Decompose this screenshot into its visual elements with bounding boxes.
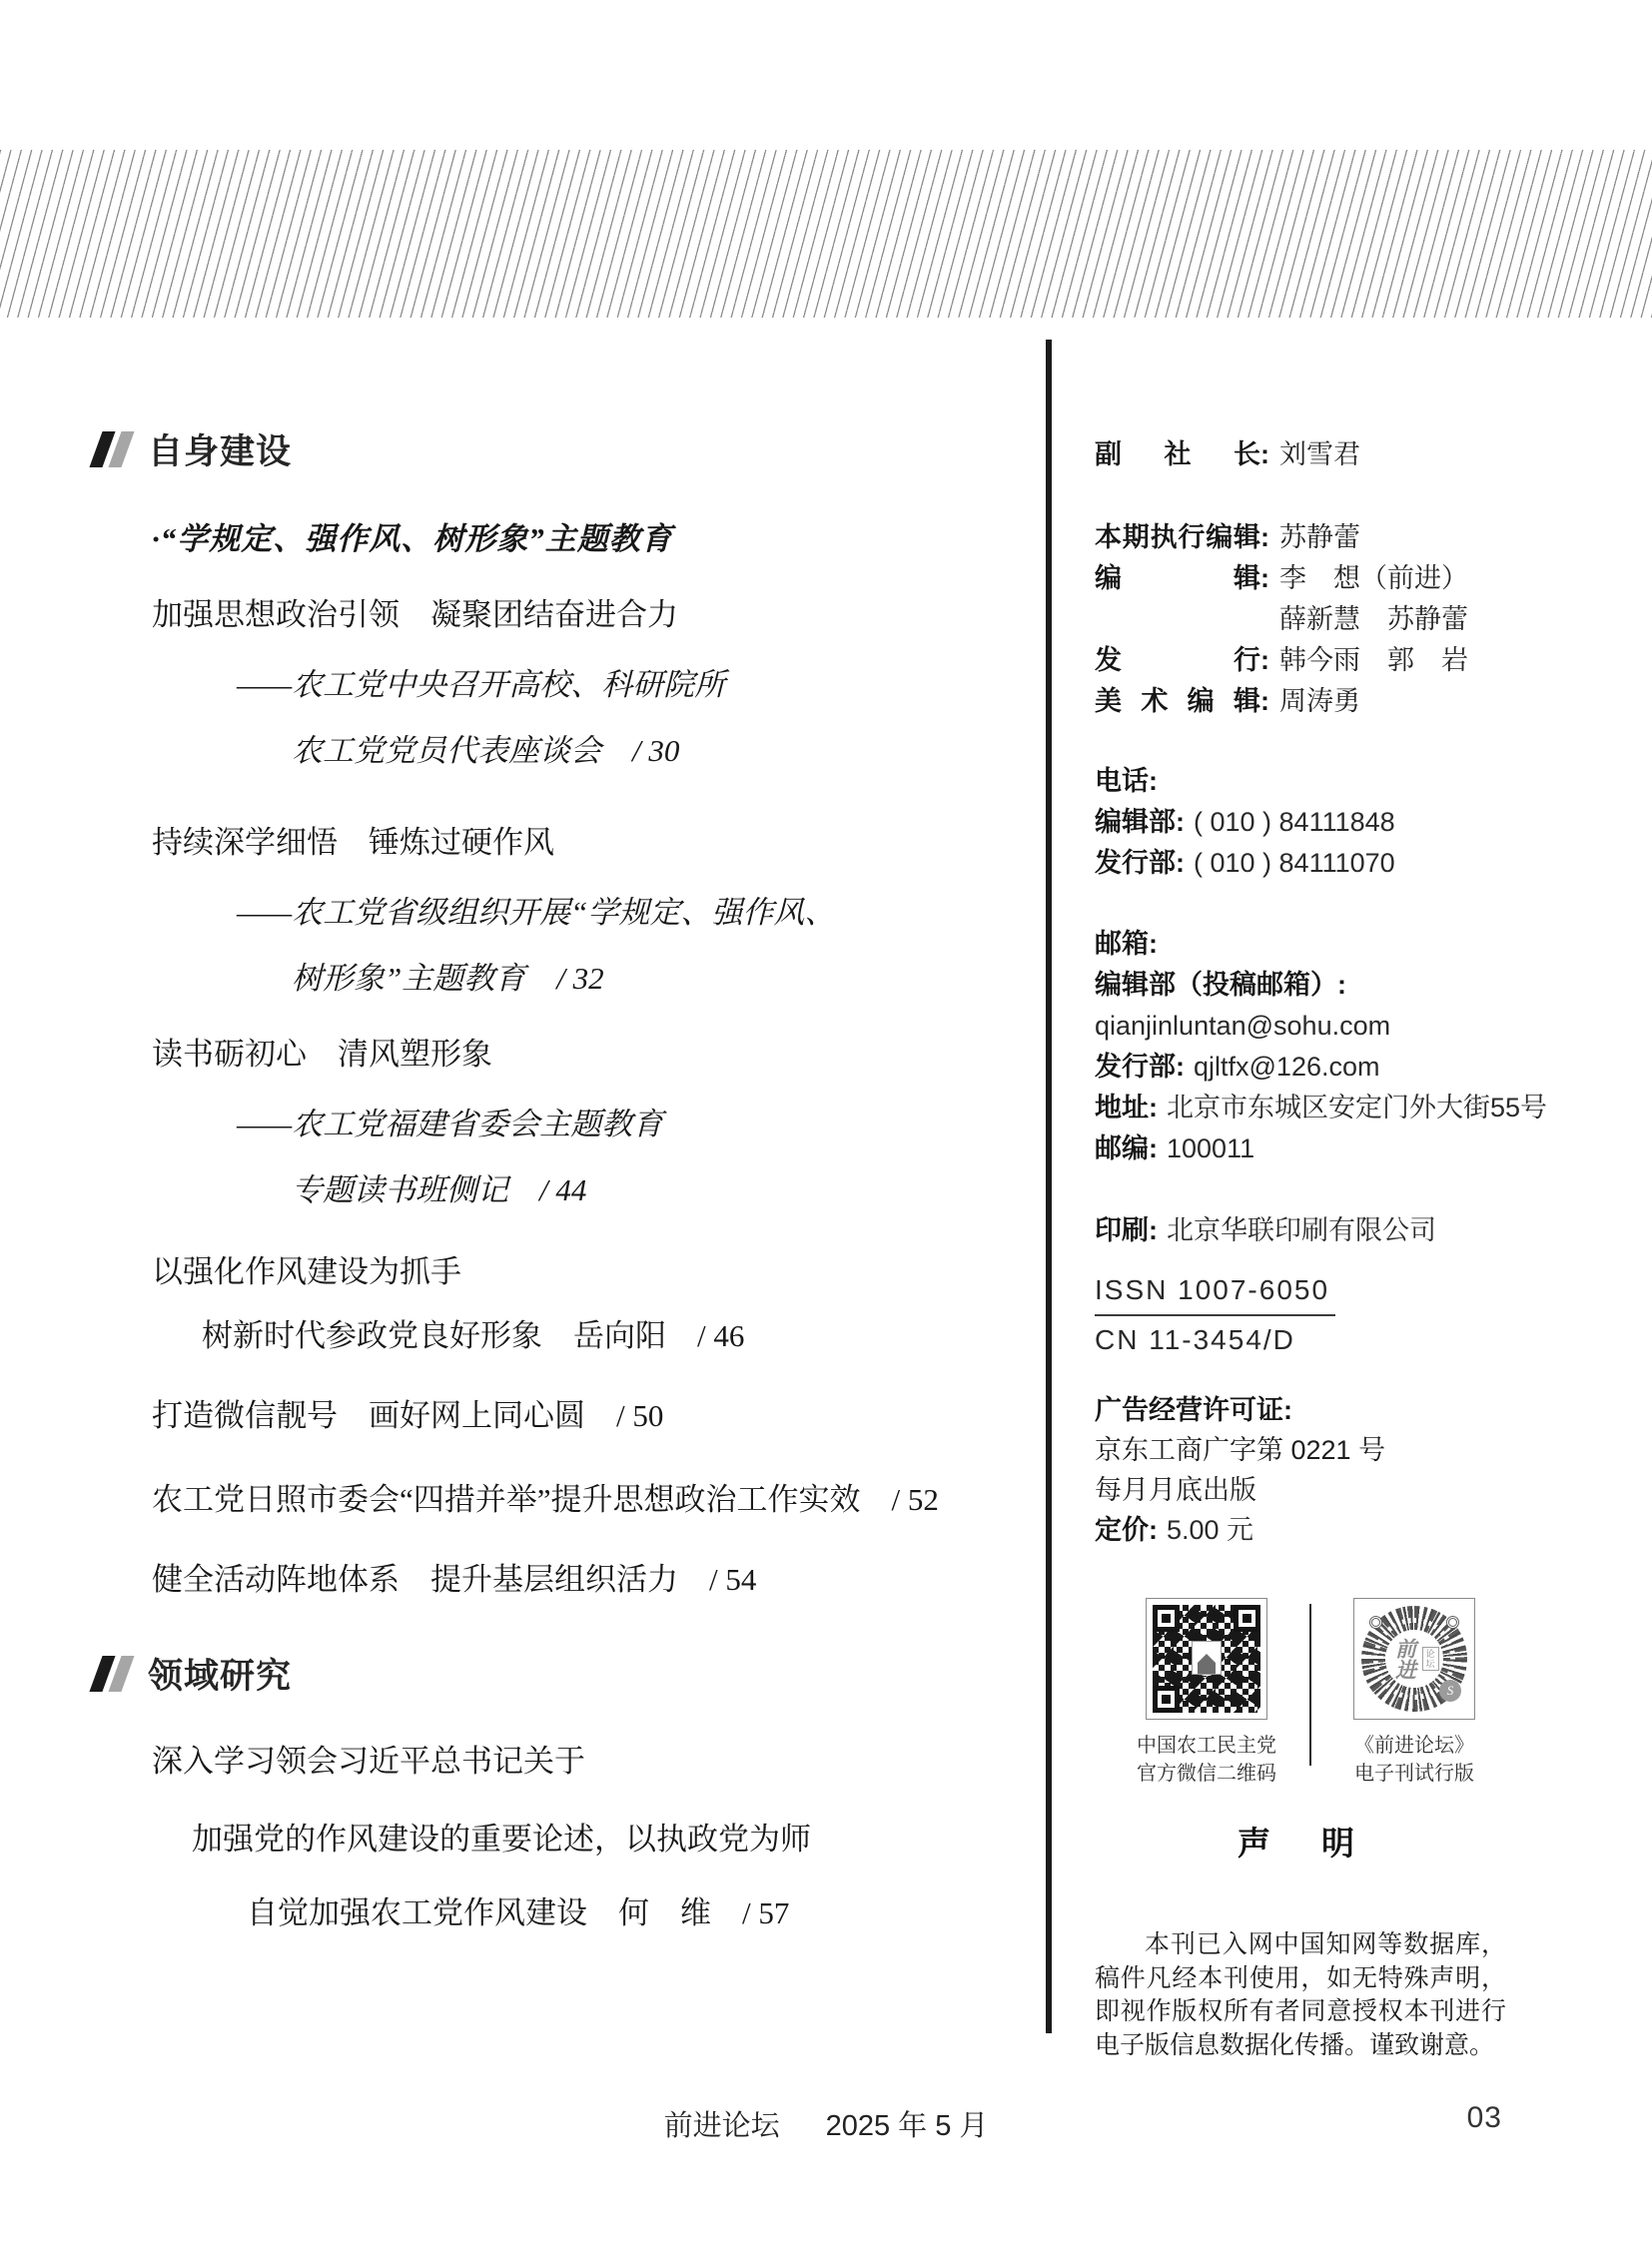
toc-article-subtitle: 树形象”主题教育 / 32 [292, 959, 995, 999]
logo-seal-text: 论坛 [1422, 1647, 1439, 1671]
phone-block: 电话: 编辑部:( 010 ) 84111848 发行部:( 010 ) 841… [1095, 761, 1514, 884]
masthead-colon: : [1260, 645, 1269, 675]
mail-editorial-label: 编辑部（投稿邮箱）: [1095, 965, 1514, 1006]
qr-finder-icon [1234, 1605, 1260, 1632]
copyright-statement: 声 明 本刊已入网中国知网等数据库，稿件凡经本刊使用，如无特殊声明，即视作版权所… [1095, 1818, 1506, 2062]
section-marker-icon [96, 431, 132, 467]
section-header-field-research: 领域研究 [96, 1652, 995, 1696]
radial-code-icon: 前进 论坛 S [1361, 1606, 1467, 1712]
masthead-row: 本期执行编辑:苏静蕾 [1095, 517, 1514, 558]
ad-license-title: 广告经营许可证: [1095, 1390, 1514, 1430]
diagonal-hatch-band [0, 150, 1652, 318]
publication-schedule: 每月月底出版 [1095, 1470, 1514, 1510]
statement-body: 本刊已入网中国知网等数据库，稿件凡经本刊使用，如无特殊声明，即视作版权所有者同意… [1095, 1928, 1506, 2062]
cn-number: CN 11-3454/D [1095, 1320, 1514, 1360]
phone-distribution: 发行部:( 010 ) 84111070 [1095, 843, 1514, 884]
toc-article-title: 自觉加强农工党作风建设 何 维 / 57 [247, 1893, 995, 1933]
toc-article-title: 持续深学细悟 锤炼过硬作风 [152, 823, 995, 863]
toc-topic-line: ·“学规定、强作风、树形象”主题教育 [152, 519, 995, 559]
masthead-colon: : [1260, 563, 1269, 593]
toc-article-subtitle: ——农工党中央召开高校、科研院所 [237, 665, 995, 705]
page-number: 03 [1467, 2101, 1502, 2135]
toc-article-title: 读书砺初心 清风塑形象 [152, 1035, 995, 1075]
qr-divider-rule [1309, 1604, 1311, 1766]
qr-finder-icon [1153, 1686, 1180, 1713]
masthead-label: 美术编辑 [1095, 681, 1260, 722]
toc-article-subtitle: 专题读书班侧记 / 44 [292, 1170, 995, 1210]
masthead-colon: : [1260, 439, 1269, 469]
masthead-value: 周涛勇 [1279, 686, 1360, 716]
section-header-self-building: 自身建设 [96, 427, 995, 471]
toc-article-title: 以强化作风建设为抓手 [152, 1252, 995, 1292]
masthead-label: 编辑 [1095, 558, 1260, 599]
mail-title: 邮箱: [1095, 924, 1514, 965]
masthead-row: :薛新慧 苏静蕾 [1095, 599, 1514, 640]
logo-calligraphy-text: 前进 [1390, 1638, 1420, 1680]
code-deco-circle-icon [1369, 1616, 1382, 1629]
masthead-row: 美术编辑:周涛勇 [1095, 681, 1514, 722]
ejournal-mini-code: 前进 论坛 S [1353, 1598, 1475, 1720]
mail-distribution-address: 发行部:qjltfx@126.com [1095, 1047, 1514, 1088]
masthead-value: 韩今雨 郭 岩 [1279, 645, 1468, 675]
section-body: 深入学习领会习近平总书记关于 加强党的作风建设的重要论述，以执政党为师 自觉加强… [152, 1742, 995, 1933]
magazine-toc-page: 自身建设 ·“学规定、强作风、树形象”主题教育 加强思想政治引领 凝聚团结奋进合… [0, 0, 1652, 2241]
masthead-row: 副社长:刘雪君 [1095, 434, 1514, 475]
journal-name: 前进论坛 [664, 2103, 780, 2144]
toc-article-title: 树新时代参政党良好形象 岳向阳 / 46 [202, 1316, 995, 1356]
issn-cn-block: ISSN 1007-6050 CN 11-3454/D [1095, 1270, 1514, 1360]
masthead-label: 本期执行编辑 [1095, 517, 1260, 558]
section-marker-icon [96, 1656, 132, 1692]
ad-license-block: 广告经营许可证: 京东工商广字第 0221 号 每月月底出版 定价:5.00 元 [1095, 1390, 1514, 1550]
masthead-row: 编辑:李 想（前进） [1095, 558, 1514, 599]
phone-editorial: 编辑部:( 010 ) 84111848 [1095, 802, 1514, 843]
masthead-value: 李 想（前进） [1279, 563, 1468, 593]
masthead-label: 发行 [1095, 640, 1260, 681]
toc-article-title: 农工党日照市委会“四措并举”提升思想政治工作实效 / 52 [152, 1480, 995, 1520]
wechat-qr-code [1146, 1598, 1267, 1720]
statement-title: 声 明 [1095, 1818, 1506, 1865]
toc-column: 自身建设 ·“学规定、强作风、树形象”主题教育 加强思想政治引领 凝聚团结奋进合… [96, 427, 995, 1933]
toc-article-subtitle: 农工党党员代表座谈会 / 30 [292, 731, 995, 771]
page-footer: 前进论坛 2025 年 5 月 [0, 2103, 1652, 2144]
ejournal-code-item: 前进 论坛 S 《前进论坛》 电子刊试行版 [1330, 1598, 1498, 1788]
toc-article-subtitle: ——农工党福建省委会主题教育 [237, 1105, 995, 1144]
printer-row: 印刷:北京华联印刷有限公司 [1095, 1210, 1514, 1251]
masthead-row: 发行:韩今雨 郭 岩 [1095, 640, 1514, 681]
code-deco-circle-icon [1446, 1616, 1459, 1629]
mail-address-block: 邮箱: 编辑部（投稿邮箱）: qianjinluntan@sohu.com 发行… [1095, 924, 1514, 1169]
code-center-logo: 前进 论坛 [1385, 1630, 1443, 1688]
wechat-qr-item: 中国农工民主党 官方微信二维码 [1123, 1598, 1290, 1788]
masthead-staff-block: 副社长:刘雪君 本期执行编辑:苏静蕾 编辑:李 想（前进） :薛新慧 苏静蕾 发… [1095, 434, 1514, 722]
mail-editorial-address: qianjinluntan@sohu.com [1095, 1006, 1514, 1047]
phone-title: 电话: [1095, 761, 1514, 802]
column-divider-rule [1046, 340, 1052, 2033]
ejournal-code-caption: 《前进论坛》 电子刊试行版 [1354, 1732, 1474, 1788]
section-title: 领域研究 [148, 1649, 292, 1699]
masthead-colon: : [1260, 686, 1269, 716]
code-badge-icon: S [1439, 1680, 1461, 1702]
ad-license-number: 京东工商广字第 0221 号 [1095, 1430, 1514, 1470]
toc-article-title: 加强党的作风建设的重要论述，以执政党为师 [192, 1820, 995, 1860]
postal-address: 地址:北京市东城区安定门外大街55号 [1095, 1088, 1514, 1128]
toc-article-title: 深入学习领会习近平总书记关于 [152, 1742, 995, 1782]
toc-article-title: 健全活动阵地体系 提升基层组织活力 / 54 [152, 1560, 995, 1600]
qr-module-grid [1153, 1605, 1260, 1713]
toc-article-subtitle: ——农工党省级组织开展“学规定、强作风、 [237, 893, 995, 933]
masthead-value: 苏静蕾 [1279, 522, 1360, 552]
masthead-value: 薛新慧 苏静蕾 [1279, 604, 1468, 634]
section-body: ·“学规定、强作风、树形象”主题教育 加强思想政治引领 凝聚团结奋进合力 ——农… [152, 519, 995, 1600]
price-row: 定价:5.00 元 [1095, 1510, 1514, 1550]
masthead-label: 副社长 [1095, 434, 1260, 475]
issn-number: ISSN 1007-6050 [1095, 1270, 1335, 1316]
wechat-qr-caption: 中国农工民主党 官方微信二维码 [1137, 1732, 1276, 1788]
issue-date: 2025 年 5 月 [826, 2103, 989, 2144]
postal-code: 邮编:100011 [1095, 1128, 1514, 1169]
masthead-value: 刘雪君 [1279, 439, 1360, 469]
toc-article-title: 加强思想政治引领 凝聚团结奋进合力 [152, 595, 995, 635]
section-title: 自身建设 [148, 424, 292, 474]
qr-center-logo-icon [1192, 1641, 1222, 1675]
qr-code-row: 中国农工民主党 官方微信二维码 前进 论坛 S 《前进论坛》 电子刊试 [1095, 1598, 1514, 1788]
qr-finder-icon [1153, 1605, 1180, 1632]
printer-block: 印刷:北京华联印刷有限公司 [1095, 1210, 1514, 1251]
masthead-colon: : [1260, 522, 1269, 552]
toc-article-title: 打造微信靓号 画好网上同心圆 / 50 [152, 1396, 995, 1436]
